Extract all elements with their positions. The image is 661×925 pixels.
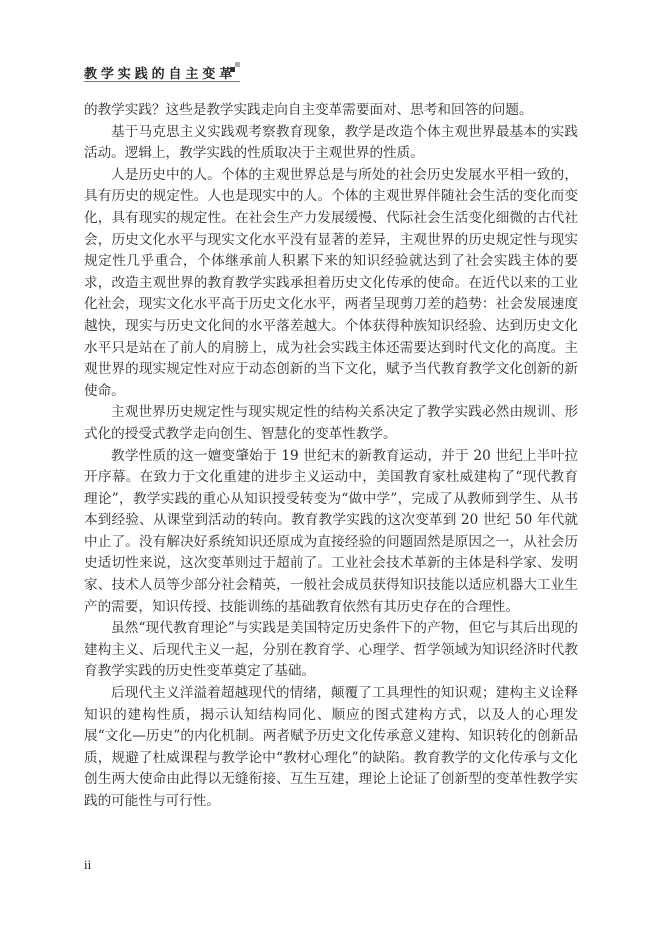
running-head: 教学实践的自主变革 [84,63,240,82]
paragraph-continued: 的教学实践？这些是教学实践走向自主变革需要面对、思考和回答的问题。 [84,100,578,122]
body-text: 的教学实践？这些是教学实践走向自主变革需要面对、思考和回答的问题。 基于马克思主… [84,100,578,813]
paragraph: 主观世界历史规定性与现实规定性的结构关系决定了教学实践必然由规训、形式化的授受式… [84,402,578,445]
decorative-square-icon [235,62,240,67]
paragraph: 教学性质的这一嬗变肇始于 19 世纪末的新教育运动，并于 20 世纪上半叶拉开序… [84,446,578,619]
paragraph: 基于马克思主义实践观考察教育现象，教学是改造个体主观世界最基本的实践活动。逻辑上… [84,122,578,165]
paragraph: 人是历史中的人。个体的主观世界总是与所处的社会历史发展水平相一致的，具有历史的规… [84,165,578,403]
page-number: ii [84,857,91,873]
running-head-title: 教学实践的自主变革 [84,63,236,82]
paragraph: 虽然“现代教育理论”与实践是美国特定历史条件下的产物，但它与其后出现的建构主义、… [84,618,578,683]
paragraph: 后现代主义洋溢着超越现代的情绪，颠覆了工具理性的知识观；建构主义诠释知识的建构性… [84,683,578,813]
decorative-square-icon [230,67,235,72]
